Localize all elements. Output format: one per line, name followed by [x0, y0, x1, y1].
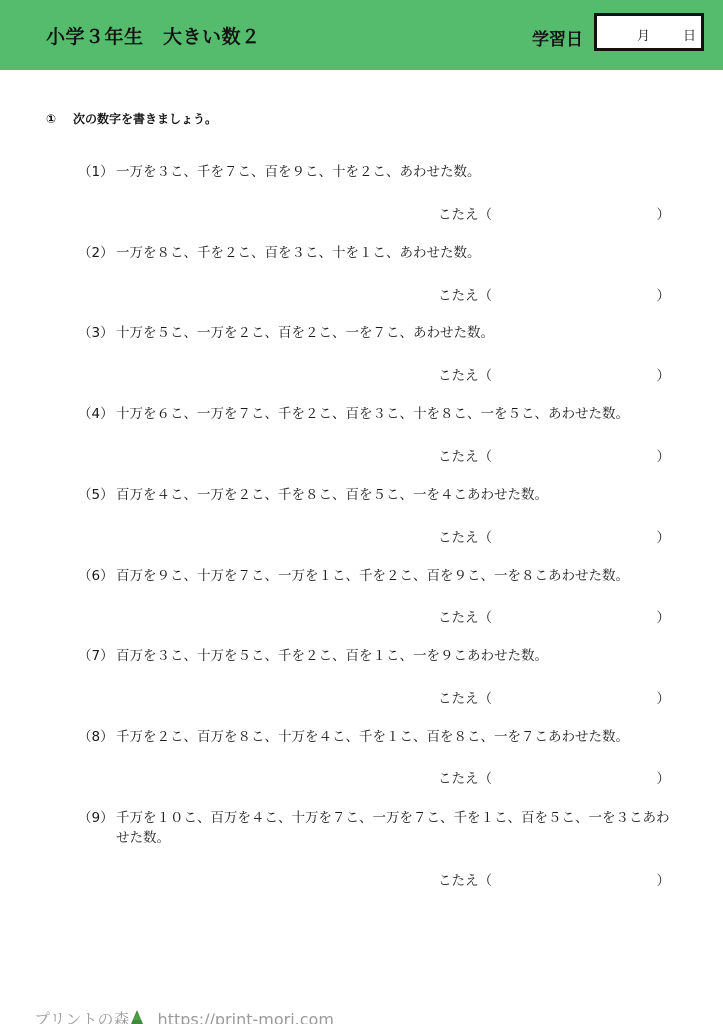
question-6: （6） 百万を９こ、十万を７こ、一万を１こ、千を２こ、百を９こ、一を８こあわせた… — [78, 566, 678, 586]
question-9: （9） 千万を１０こ、百万を４こ、十万を７こ、一万を７こ、千を１こ、百を５こ、一… — [78, 808, 678, 848]
answer-close-paren: ） — [657, 869, 671, 889]
answer-field-6[interactable]: こたえ（ ） — [438, 606, 670, 626]
answer-field-5[interactable]: こたえ（ ） — [438, 526, 670, 546]
question-text: 百万を９こ、十万を７こ、一万を１こ、千を２こ、百を９こ、一を８こあわせた数。 — [116, 566, 678, 586]
answer-field-9[interactable]: こたえ（ ） — [438, 869, 670, 889]
question-number: （8） — [78, 727, 114, 747]
question-text: 百万を４こ、一万を２こ、千を８こ、百を５こ、一を４こあわせた数。 — [116, 485, 678, 505]
answer-label: こたえ（ — [438, 869, 492, 889]
study-date-label: 学習日 — [532, 25, 583, 50]
question-3: （3） 十万を５こ、一万を２こ、百を２こ、一を７こ、あわせた数。 — [78, 323, 678, 343]
answer-field-2[interactable]: こたえ（ ） — [438, 284, 670, 304]
question-text: 一万を３こ、千を７こ、百を９こ、十を２こ、あわせた数。 — [116, 162, 678, 182]
answer-label: こたえ（ — [438, 606, 492, 626]
site-name: プリントの森 — [34, 1010, 129, 1024]
answer-field-8[interactable]: こたえ（ ） — [438, 767, 670, 787]
answer-close-paren: ） — [657, 767, 671, 787]
section-number: ① — [46, 112, 73, 126]
question-number: （4） — [78, 404, 114, 424]
question-5: （5） 百万を４こ、一万を２こ、千を８こ、百を５こ、一を４こあわせた数。 — [78, 485, 678, 505]
footer-brand: プリントの森https://print-mori.com — [24, 988, 334, 1024]
question-text: 百万を３こ、十万を５こ、千を２こ、百を１こ、一を９こあわせた数。 — [116, 646, 678, 666]
question-number: （5） — [78, 485, 114, 505]
answer-close-paren: ） — [657, 284, 671, 304]
question-number: （1） — [78, 162, 114, 182]
question-number: （6） — [78, 566, 114, 586]
question-7: （7） 百万を３こ、十万を５こ、千を２こ、百を１こ、一を９こあわせた数。 — [78, 646, 678, 666]
question-number: （2） — [78, 243, 114, 263]
answer-close-paren: ） — [657, 364, 671, 384]
answer-label: こたえ（ — [438, 364, 492, 384]
month-label: 月 — [637, 25, 650, 44]
answer-close-paren: ） — [657, 445, 671, 465]
answer-label: こたえ（ — [438, 203, 492, 223]
question-1: （1） 一万を３こ、千を７こ、百を９こ、十を２こ、あわせた数。 — [78, 162, 678, 182]
question-text: 千万を１０こ、百万を４こ、十万を７こ、一万を７こ、千を１こ、百を５こ、一を３こあ… — [116, 808, 678, 848]
question-number: （7） — [78, 646, 114, 666]
site-url[interactable]: https://print-mori.com — [158, 1010, 334, 1024]
study-date-box[interactable]: 月 日 — [594, 13, 704, 51]
answer-field-4[interactable]: こたえ（ ） — [438, 445, 670, 465]
header-bar: 小学３年生 大きい数２ 学習日 月 日 — [0, 0, 723, 70]
answer-close-paren: ） — [657, 203, 671, 223]
day-label: 日 — [683, 25, 696, 44]
question-number: （3） — [78, 323, 114, 343]
answer-label: こたえ（ — [438, 767, 492, 787]
question-text: 一万を８こ、千を２こ、百を３こ、十を１こ、あわせた数。 — [116, 243, 678, 263]
answer-label: こたえ（ — [438, 687, 492, 707]
question-2: （2） 一万を８こ、千を２こ、百を３こ、十を１こ、あわせた数。 — [78, 243, 678, 263]
section-heading: ①次の数字を書きましょう。 — [46, 110, 217, 127]
answer-close-paren: ） — [657, 526, 671, 546]
answer-close-paren: ） — [657, 606, 671, 626]
question-text: 十万を５こ、一万を２こ、百を２こ、一を７こ、あわせた数。 — [116, 323, 678, 343]
answer-field-7[interactable]: こたえ（ ） — [438, 687, 670, 707]
answer-label: こたえ（ — [438, 445, 492, 465]
question-text: 十万を６こ、一万を７こ、千を２こ、百を３こ、十を８こ、一を５こ、あわせた数。 — [116, 404, 678, 424]
section-instruction: 次の数字を書きましょう。 — [73, 112, 217, 126]
question-4: （4） 十万を６こ、一万を７こ、千を２こ、百を３こ、十を８こ、一を５こ、あわせた… — [78, 404, 678, 424]
tree-icon — [130, 1010, 144, 1024]
page-title: 小学３年生 大きい数２ — [46, 22, 261, 49]
question-8: （8） 千万を２こ、百万を８こ、十万を４こ、千を１こ、百を８こ、一を７こあわせた… — [78, 727, 678, 747]
answer-close-paren: ） — [657, 687, 671, 707]
question-text: 千万を２こ、百万を８こ、十万を４こ、千を１こ、百を８こ、一を７こあわせた数。 — [116, 727, 678, 747]
answer-field-3[interactable]: こたえ（ ） — [438, 364, 670, 384]
answer-label: こたえ（ — [438, 526, 492, 546]
answer-label: こたえ（ — [438, 284, 492, 304]
answer-field-1[interactable]: こたえ（ ） — [438, 203, 670, 223]
question-number: （9） — [78, 808, 114, 828]
